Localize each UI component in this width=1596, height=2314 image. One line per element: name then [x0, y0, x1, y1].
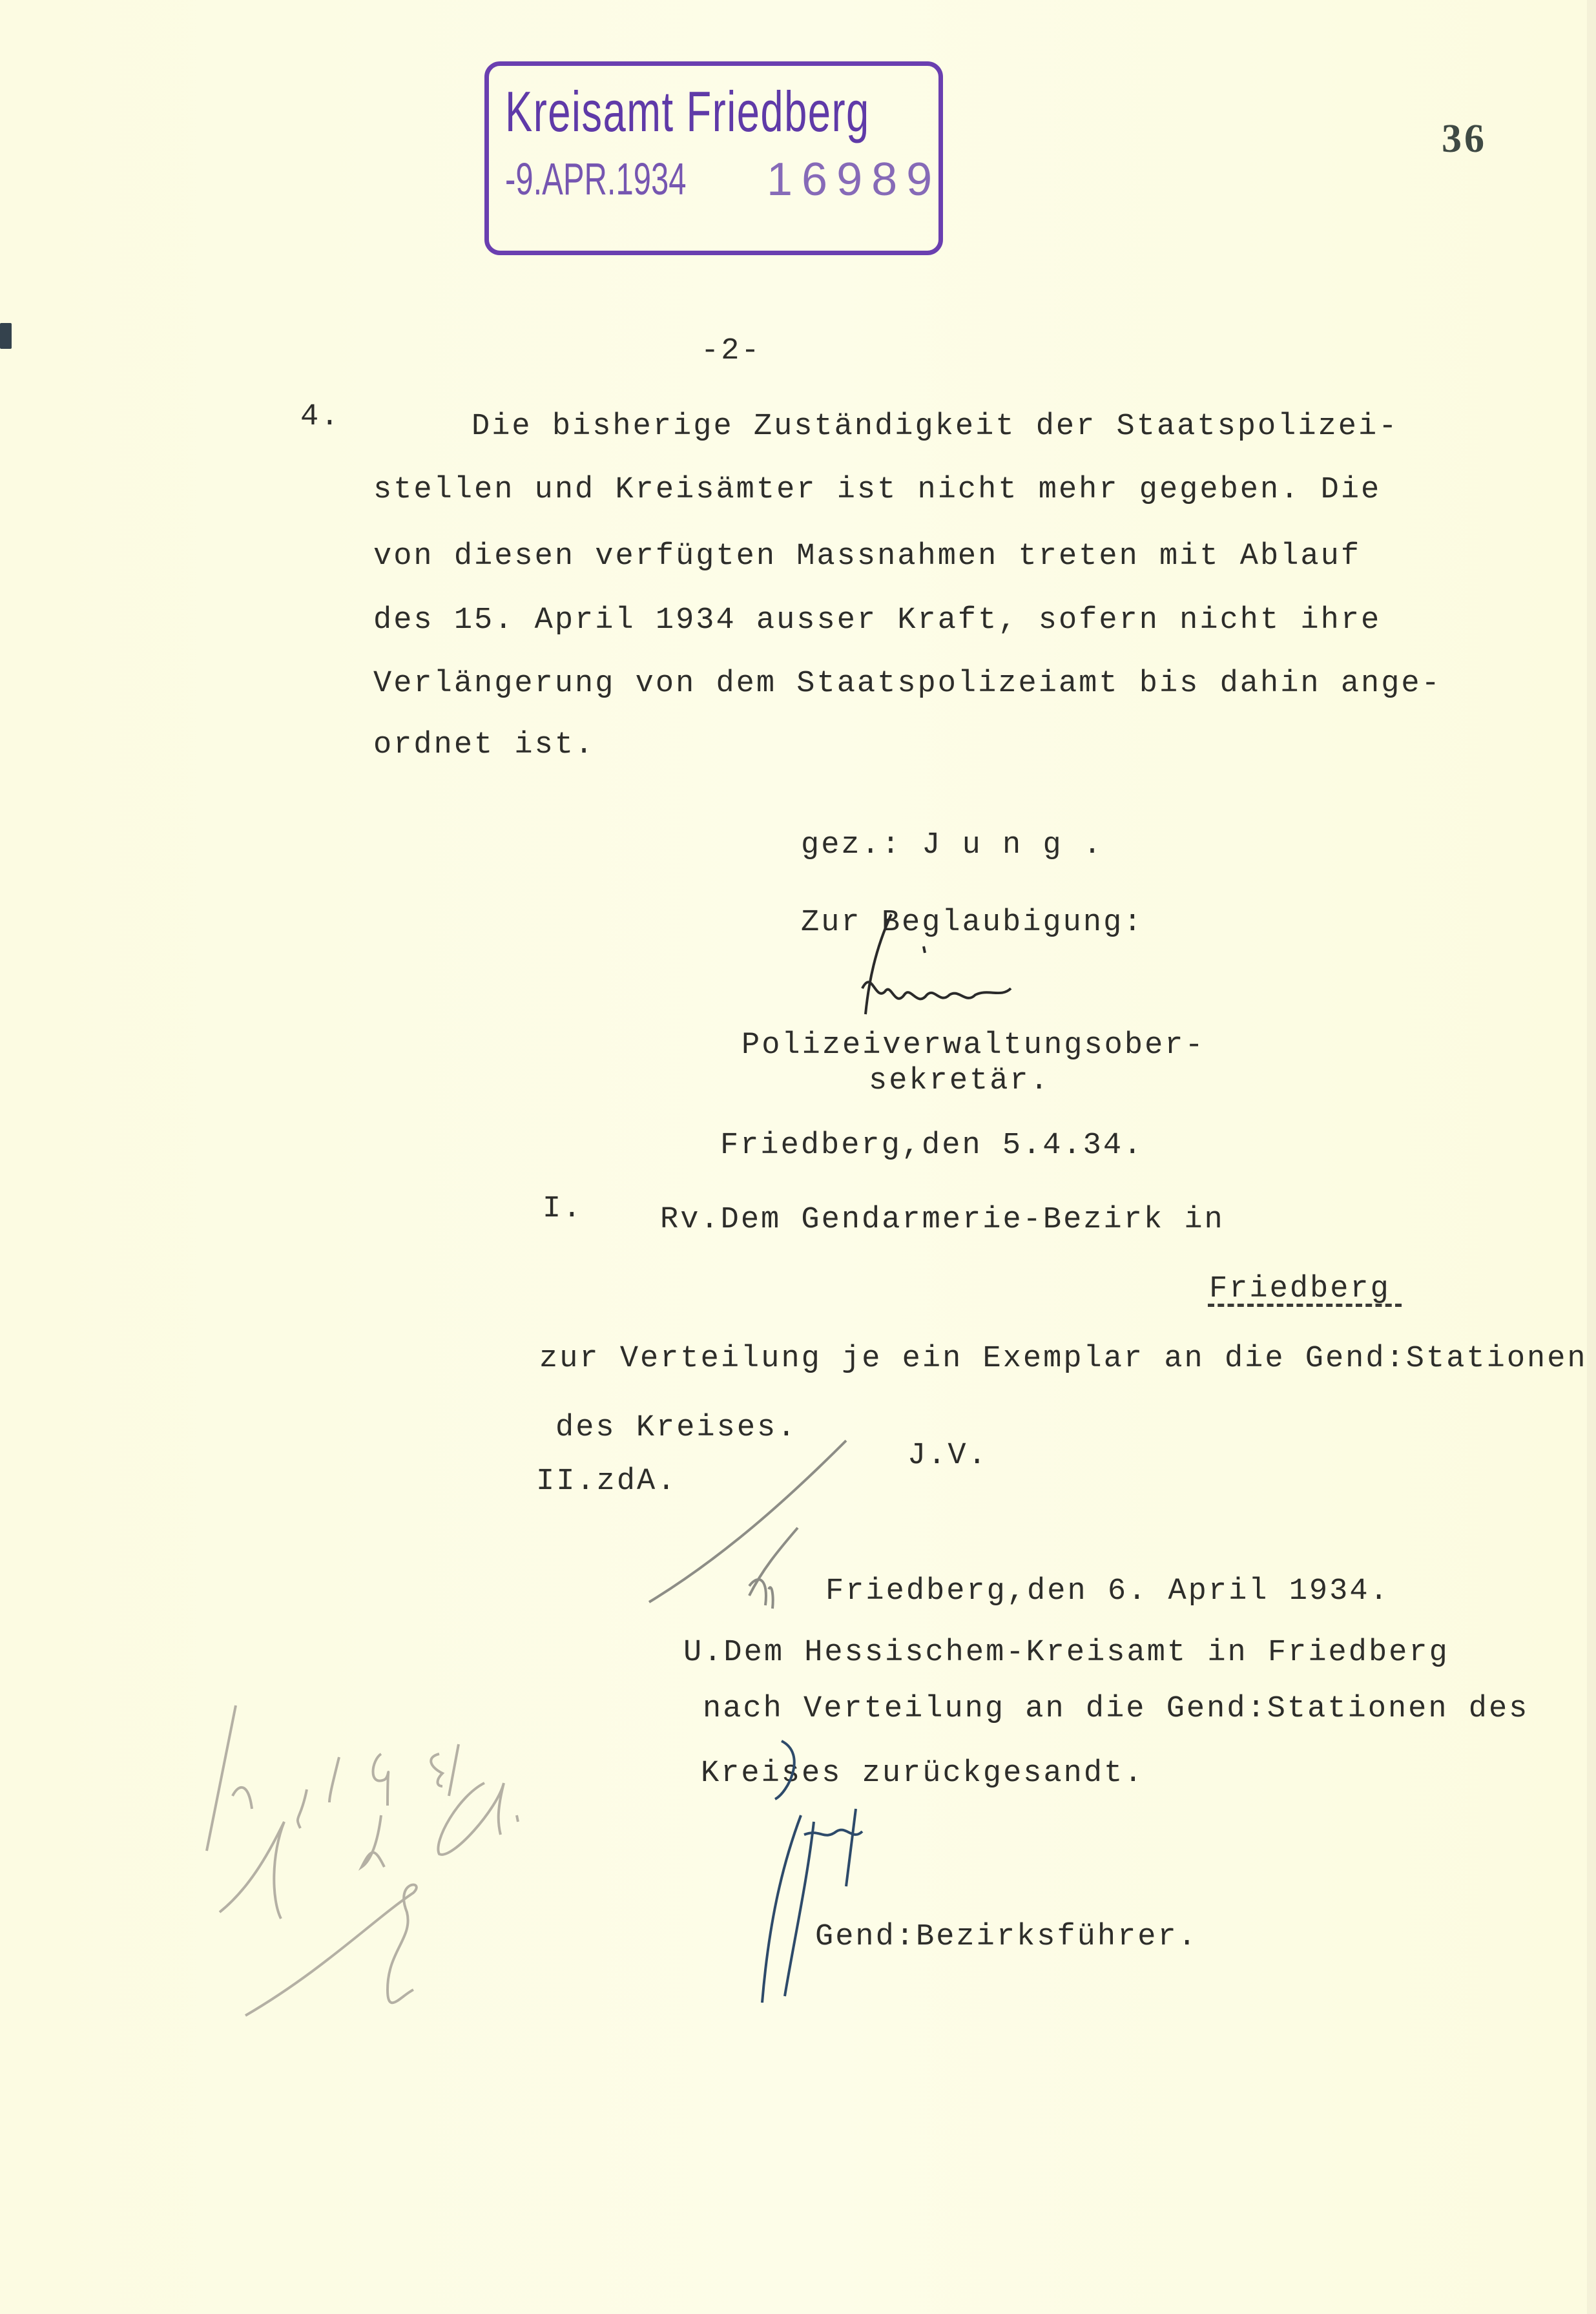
- received-stamp: Kreisamt Friedberg -9.APR.1934 16989: [484, 61, 943, 255]
- date-line: Friedberg,den 6. April 1934.: [825, 1576, 1390, 1607]
- item-roman: I.: [543, 1194, 583, 1224]
- certification-signature: [814, 911, 1085, 1027]
- jv-mark: J.V.: [907, 1441, 988, 1471]
- document-page: Kreisamt Friedberg -9.APR.1934 16989 36 …: [0, 0, 1596, 2314]
- punch-hole-mark: [0, 323, 12, 349]
- certifier-title: sekretär.: [869, 1066, 1050, 1096]
- signature-title: Gend:Bezirksführer.: [815, 1922, 1198, 1952]
- body-line: des 15. April 1934 ausser Kraft, sofern …: [373, 605, 1381, 636]
- place-underline: [1208, 1304, 1402, 1307]
- body-line: Verlängerung von dem Staatspolizeiamt bi…: [373, 669, 1442, 699]
- return-line: U.Dem Hessischem-Kreisamt in Friedberg: [683, 1638, 1449, 1668]
- return-line: nach Verteilung an die Gend:Stationen de…: [703, 1694, 1529, 1724]
- forward-line: Rv.Dem Gendarmerie-Bezirk in: [660, 1205, 1225, 1235]
- body-line: Die bisherige Zuständigkeit der Staatspo…: [472, 412, 1398, 442]
- stamp-number: 16989: [767, 153, 941, 206]
- place-name: Friedberg: [1209, 1274, 1391, 1304]
- body-line: ordnet ist.: [373, 730, 595, 760]
- district-leader-signature: [743, 1738, 937, 2009]
- stamp-date: -9.APR.1934: [505, 153, 687, 205]
- stamp-title: Kreisamt Friedberg: [505, 79, 870, 145]
- body-line: von diesen verfügten Massnahmen treten m…: [373, 541, 1361, 572]
- forward-line: zur Verteilung je ein Exemplar an die Ge…: [539, 1344, 1588, 1374]
- page-marker: -2-: [701, 336, 762, 366]
- folio-number: 36: [1442, 116, 1487, 162]
- body-line: stellen und Kreisämter ist nicht mehr ge…: [373, 475, 1381, 505]
- date-line: Friedberg,den 5.4.34.: [720, 1131, 1143, 1161]
- signed-by: gez.: J u n g .: [801, 830, 1103, 860]
- certifier-title: Polizeiverwaltungsober-: [741, 1030, 1205, 1061]
- section-number: 4.: [300, 402, 340, 432]
- pencil-note-text: Fr. 11.4.34: [233, 1808, 237, 1809]
- page-edge: [1587, 0, 1596, 2314]
- pencil-annotation: Fr. 11.4.34: [194, 1680, 555, 2041]
